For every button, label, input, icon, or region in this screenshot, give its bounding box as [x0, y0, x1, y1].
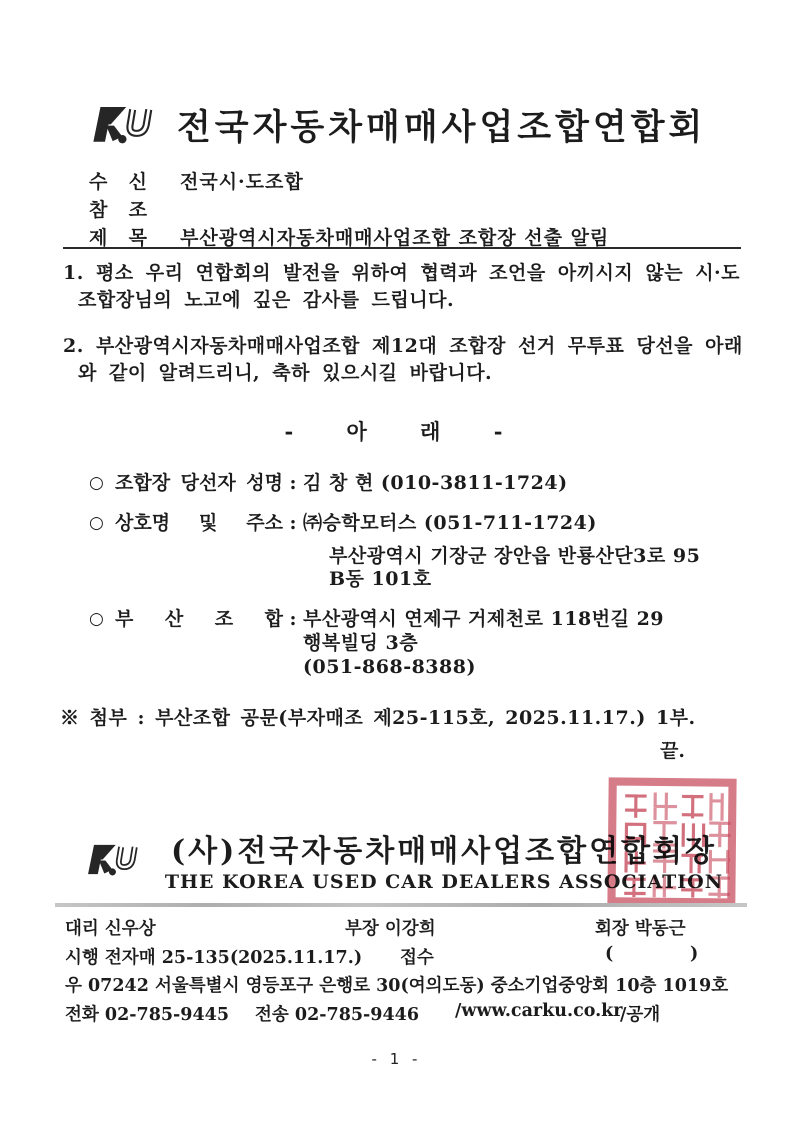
paragraph-line: 조합장님의 노고에 깊은 감사를 드립니다.	[63, 287, 745, 314]
footer-contact-row: 전화 02-785-9445 전송 02-785-9446 /www.carku…	[63, 1001, 748, 1030]
paragraph-line: 와 같이 알려드리니, 축하 있으시길 바랍니다.	[63, 360, 745, 387]
list-item-values: ㈜승학모터스 (051-711-1724) 부산광역시 기장군 장안읍 반룡산단…	[303, 511, 745, 591]
end-mark: 끝.	[660, 736, 685, 763]
receipt-label: 접수	[400, 944, 434, 969]
paragraph-line: 2. 부산광역시자동차매매사업조합 제12대 조합장 선거 무투표 당선을 아래	[63, 333, 745, 360]
footer-docno-row: 시행 전자매 25-135(2025.11.17.) 접수 ( )	[63, 944, 748, 973]
letterhead: 전국자동차매매사업조합연합회 수 신 전국시·도조합 참 조 제 목 부산광역시…	[63, 96, 743, 250]
value-line: (051-868-8388)	[303, 655, 745, 679]
list-item-company-address: ○ 상호명 및 주소 : ㈜승학모터스 (051-711-1724) 부산광역시…	[63, 511, 745, 591]
document-footer: 대리 신우상 부장 이강희 회장 박동근 시행 전자매 25-135(2025.…	[63, 915, 748, 1029]
list-item-label: 상호명 및 주소	[115, 511, 283, 535]
value-line: 행복빌딩 3층	[303, 631, 745, 655]
staff-chairman: 회장 박동근	[595, 915, 686, 940]
ku-logo-icon	[85, 96, 161, 154]
circle-bullet-icon: ○	[89, 511, 115, 535]
value-continuation: 부산광역시 기장군 장안읍 반룡산단3로 95 B동 101호	[303, 545, 745, 591]
value-line: ㈜승학모터스 (051-711-1724)	[303, 511, 745, 535]
circle-bullet-icon: ○	[89, 607, 115, 631]
paragraph-line: 1. 평소 우리 연합회의 발전을 위하여 협력과 조언을 아끼시지 않는 시·…	[63, 260, 745, 287]
field-label: 수 신	[89, 167, 147, 194]
field-subject: 제 목 부산광역시자동차매매사업조합 조합장 선출 알림	[63, 222, 743, 250]
org-address: 우 07242 서울특별시 영등포구 은행로 30(여의도동) 중소기업중앙회 …	[65, 972, 728, 997]
colon-separator: :	[283, 471, 303, 495]
value-line: B동 101호	[329, 568, 745, 591]
field-value: 전국시·도조합	[180, 167, 304, 194]
list-item-label: 조합장 당선자 성명	[115, 471, 283, 495]
staff-manager: 부장 이강희	[345, 915, 436, 940]
list-item-winner-name: ○ 조합장 당선자 성명 : 김 창 현 (010-3811-1724)	[63, 471, 745, 495]
paren-close: )	[690, 944, 698, 964]
value-line: 김 창 현 (010-3811-1724)	[303, 471, 745, 495]
doc-number: 시행 전자매 25-135(2025.11.17.)	[65, 944, 362, 969]
field-value: 부산광역시자동차매매사업조합 조합장 선출 알림	[180, 223, 609, 250]
list-item-busan-union: ○ 부 산 조 합 : 부산광역시 연제구 거제천로 118번길 29 행복빌딩…	[63, 607, 745, 679]
phone-number: 전화 02-785-9445	[65, 1001, 229, 1026]
colon-separator: :	[283, 511, 303, 535]
paren-open: (	[605, 944, 613, 964]
disclosure-label: /공개	[620, 1001, 660, 1026]
below-heading: - 아 래 -	[0, 416, 793, 446]
footer-address-row: 우 07242 서울특별시 영등포구 은행로 30(여의도동) 중소기업중앙회 …	[63, 972, 748, 1001]
document-page: 전국자동차매매사업조합연합회 수 신 전국시·도조합 참 조 제 목 부산광역시…	[0, 0, 793, 1122]
paragraph-1: 1. 평소 우리 연합회의 발전을 위하여 협력과 조언을 아끼시지 않는 시·…	[63, 260, 745, 314]
ku-logo-icon	[81, 835, 145, 885]
org-title: 전국자동차매매사업조합연합회	[177, 100, 706, 150]
field-cc: 참 조	[63, 194, 743, 222]
list-item-values: 김 창 현 (010-3811-1724)	[303, 471, 745, 495]
detail-list: ○ 조합장 당선자 성명 : 김 창 현 (010-3811-1724) ○ 상…	[63, 471, 745, 679]
footer-divider	[55, 903, 747, 907]
official-seal-stamp-icon	[605, 775, 738, 908]
colon-separator: :	[283, 607, 303, 631]
header-divider	[63, 247, 741, 249]
page-number: - 1 -	[0, 1050, 793, 1068]
website-url: /www.carku.co.kr	[455, 1001, 623, 1021]
circle-bullet-icon: ○	[89, 471, 115, 495]
list-item-label: 부 산 조 합	[115, 607, 283, 631]
body-text: 1. 평소 우리 연합회의 발전을 위하여 협력과 조언을 아끼시지 않는 시·…	[63, 260, 745, 387]
attachment-note: ※ 첨부 : 부산조합 공문(부자매조 제25-115호, 2025.11.17…	[60, 703, 745, 730]
field-recipient: 수 신 전국시·도조합	[63, 166, 743, 194]
list-item-values: 부산광역시 연제구 거제천로 118번길 29 행복빌딩 3층 (051-868…	[303, 607, 745, 679]
field-label: 제 목	[89, 223, 147, 250]
field-label: 참 조	[89, 195, 147, 222]
paragraph-2: 2. 부산광역시자동차매매사업조합 제12대 조합장 선거 무투표 당선을 아래…	[63, 333, 745, 387]
value-line: 부산광역시 연제구 거제천로 118번길 29	[303, 607, 745, 631]
document-fields: 수 신 전국시·도조합 참 조 제 목 부산광역시자동차매매사업조합 조합장 선…	[63, 166, 743, 250]
fax-number: 전송 02-785-9446	[255, 1001, 419, 1026]
value-line: 부산광역시 기장군 장안읍 반룡산단3로 95	[329, 545, 745, 568]
footer-staff-row: 대리 신우상 부장 이강희 회장 박동근	[63, 915, 748, 944]
brand-row: 전국자동차매매사업조합연합회	[63, 96, 743, 154]
staff-draft: 대리 신우상	[65, 915, 156, 940]
